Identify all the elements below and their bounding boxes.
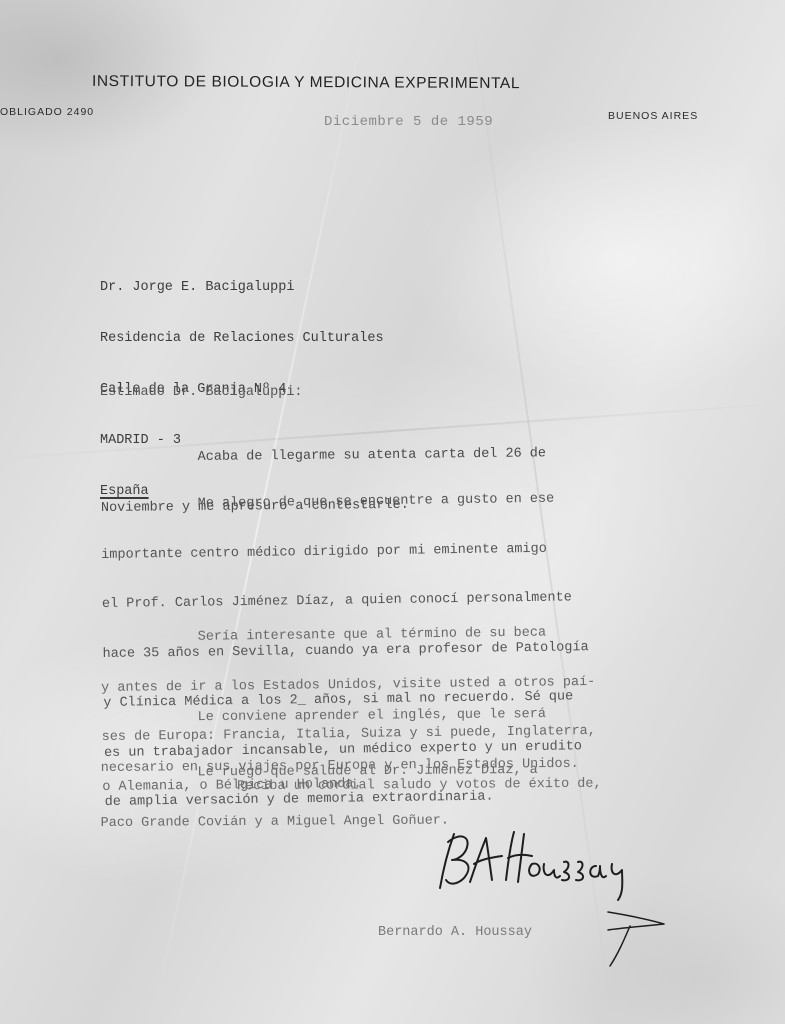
paragraph-line: Me alegro de que se encuentre a gusto en…	[100, 491, 586, 514]
letterhead-street: OBLIGADO 2490	[0, 106, 94, 118]
closing-line: Reciba un cordial saludo y votos de éxit…	[237, 777, 602, 795]
signer-name: Bernardo A. Houssay	[378, 925, 532, 940]
paragraph-line: Le conviene aprender el inglés, que le s…	[100, 707, 578, 728]
paragraph-line: Sería interesante que al término de su b…	[100, 625, 594, 648]
handwritten-signature	[420, 820, 680, 970]
letter-date: Diciembre 5 de 1959	[324, 114, 493, 130]
paragraph-line: importante centro médico dirigido por mi…	[101, 541, 587, 564]
recipient-line2: Residencia de Relaciones Culturales	[100, 330, 384, 347]
letterhead-city: BUENOS AIRES	[608, 110, 698, 122]
letterhead-institution: INSTITUTO DE BIOLOGIA Y MEDICINA EXPERIM…	[92, 73, 520, 93]
recipient-name: Dr. Jorge E. Bacigaluppi	[100, 279, 384, 296]
salutation: Estimado Dr. Bacigaluppi:	[100, 385, 303, 400]
